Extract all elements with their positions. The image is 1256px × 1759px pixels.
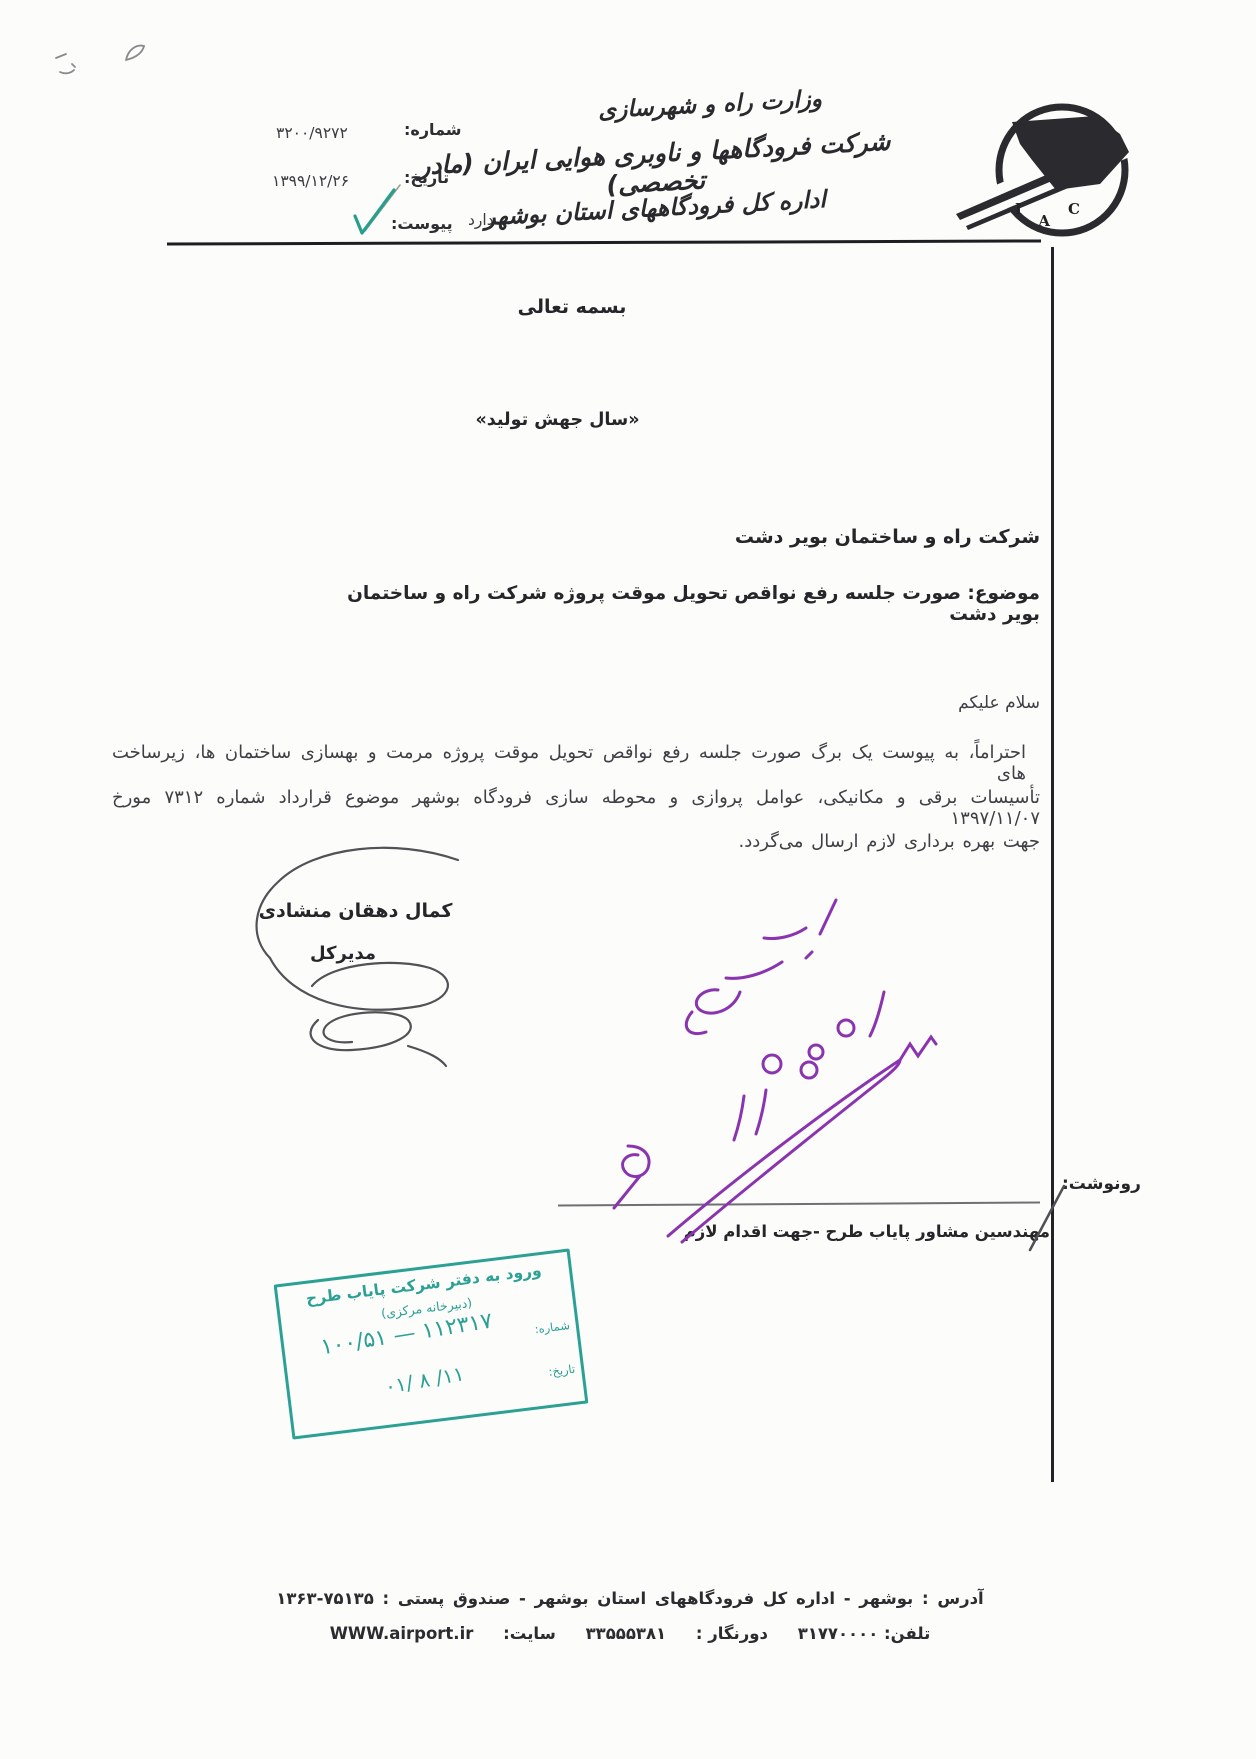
footer-address: آدرس : بوشهر - اداره کل فرودگاههای استان… (125, 1589, 1135, 1608)
scanned-letter-page: شماره: ۳۲۰۰/۹۲۷۲ تاریخ: ۱۳۹۹/۱۲/۲۶ پیوست… (0, 0, 1256, 1759)
signer-title: مدیرکل (278, 943, 408, 964)
signer-name: کمال دهقان منشادی (238, 900, 473, 922)
subject-line: موضوع: صورت جلسه رفع نواقص تحویل موقت پر… (305, 583, 1040, 625)
number-label: شماره: (404, 120, 462, 139)
cc-item: مهندسین مشاور پایاب طرح -جهت اقدام لازم (450, 1222, 1050, 1241)
footer-contacts: تلفن: ۳۱۷۷۰۰۰۰ دورنگار : ۳۳۵۵۵۳۸۱ سایت: … (125, 1624, 1135, 1643)
body-line-2: تأسیسات برقی و مکانیکی، عوامل پروازی و م… (112, 787, 1040, 829)
body-line-3: جهت بهره برداری لازم ارسال می‌گردد. (112, 831, 1040, 852)
logo-letter-c: C (1068, 200, 1080, 218)
besmeh-taali: بسمه تعالی (512, 296, 632, 318)
logo-letter-a: A (1037, 212, 1050, 230)
cc-divider-line (558, 1202, 1040, 1207)
recipient: شرکت راه و ساختمان بویر دشت (540, 526, 1040, 548)
purple-hand-note (614, 900, 936, 1242)
number-value: ۳۲۰۰/۹۲۷۲ (276, 124, 348, 142)
logo-letter-i: I (1015, 200, 1022, 218)
header-divider (167, 239, 1041, 245)
cc-label: رونوشت: (1062, 1174, 1141, 1194)
ink-overlay (0, 0, 1256, 1759)
purple-check-zigzag (900, 1037, 936, 1060)
received-stamp: ورود به دفتر شرکت پایاب طرح (دبیرخانه مر… (274, 1248, 589, 1439)
phone-value: ۳۱۷۷۰۰۰۰ (798, 1624, 879, 1643)
body-line-1: احتراماً، به پیوست یک برگ صورت جلسه رفع … (112, 742, 1040, 784)
fax-label: دورنگار : (696, 1624, 768, 1643)
corner-pen-marks (56, 46, 144, 74)
phone-label: تلفن: (884, 1624, 930, 1643)
purple-check-stroke-a (668, 1060, 900, 1236)
site-value: WWW.airport.ir (330, 1624, 474, 1643)
stamp-number-label: شماره: (534, 1318, 571, 1336)
date-value: ۱۳۹۹/۱۲/۲۶ (272, 172, 349, 190)
iac-logo: I A C (950, 92, 1150, 247)
year-slogan: «سال جهش تولید» (475, 410, 640, 430)
salutation: سلام علیکم (800, 693, 1040, 713)
purple-check-stroke-b (682, 1060, 900, 1242)
site-label: سایت: (503, 1624, 556, 1643)
right-margin-line (1051, 247, 1054, 1482)
stamp-date-label: تاریخ: (548, 1362, 576, 1379)
stamp-date-value: ۰۱/ ۸ /۱۱ (348, 1355, 500, 1405)
letterhead-ministry: وزارت راه و شهرسازی (470, 79, 951, 130)
fax-value: ۳۳۵۵۵۳۸۱ (586, 1624, 667, 1643)
